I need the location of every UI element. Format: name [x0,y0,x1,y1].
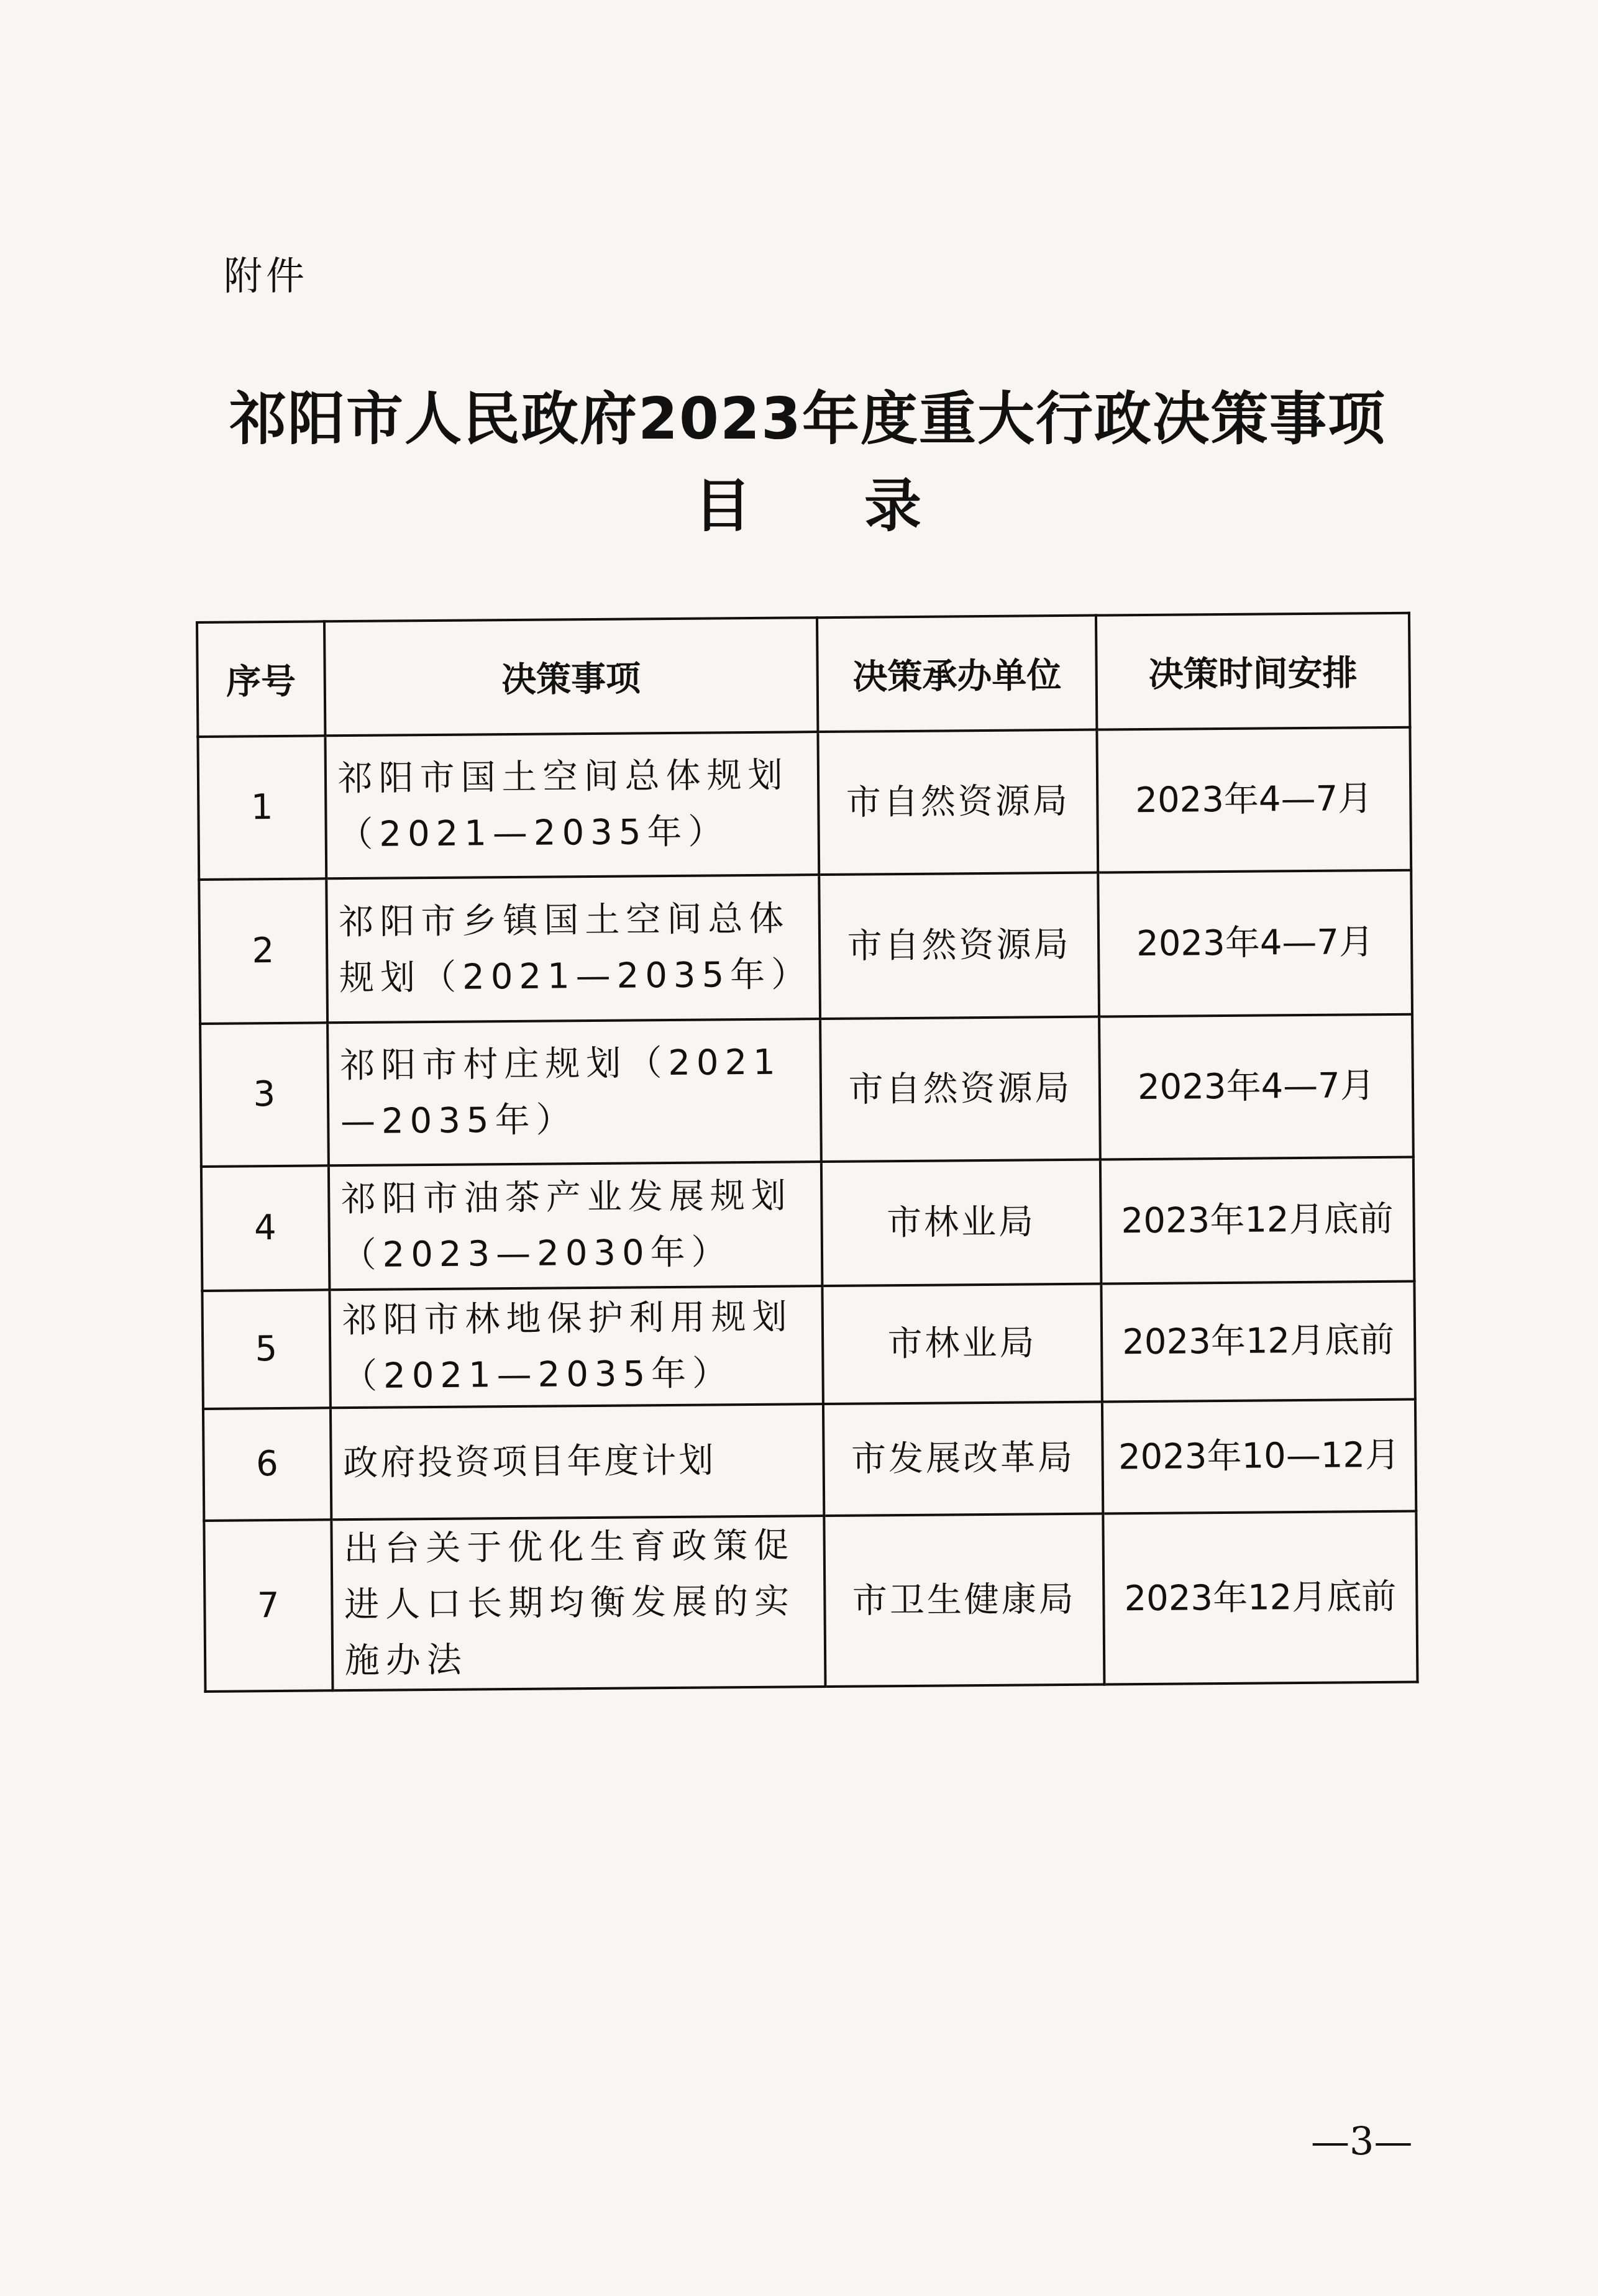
header-number: 序号 [197,621,325,737]
row-number: 5 [202,1290,330,1409]
header-unit: 决策承办单位 [817,616,1097,732]
row-item: 祁阳市乡镇国土空间总体规划（2021—2035年） [326,875,820,1023]
table-header-row: 序号 决策事项 决策承办单位 决策时间安排 [197,613,1410,737]
row-number: 2 [199,878,327,1024]
row-unit: 市发展改革局 [823,1402,1103,1516]
row-time: 2023年12月底前 [1100,1157,1415,1284]
row-item: 祁阳市国土空间总体规划（2021—2035年） [325,732,819,878]
attachment-label: 附件 [224,245,308,301]
row-time: 2023年10—12月 [1102,1400,1416,1514]
table-row: 5 祁阳市林地保护利用规划（2021—2035年） 市林业局 2023年12月底… [202,1282,1415,1409]
table-row: 7 出台关于优化生育政策促进人口长期均衡发展的实施办法 市卫生健康局 2023年… [204,1511,1417,1692]
row-unit: 市自然资源局 [818,730,1098,875]
document-subtitle: 目 录 [186,472,1429,540]
row-unit: 市林业局 [821,1160,1101,1287]
row-number: 1 [198,736,326,880]
row-unit: 市自然资源局 [820,1017,1100,1162]
table-row: 4 祁阳市油茶产业发展规划（2023—2030年） 市林业局 2023年12月底… [201,1157,1415,1291]
table-row: 1 祁阳市国土空间总体规划（2021—2035年） 市自然资源局 2023年4—… [198,727,1411,880]
row-time: 2023年12月底前 [1101,1282,1415,1402]
row-unit: 市卫生健康局 [824,1514,1104,1687]
row-time: 2023年12月底前 [1103,1511,1417,1685]
row-unit: 市林业局 [823,1284,1102,1405]
table-row: 2 祁阳市乡镇国土空间总体规划（2021—2035年） 市自然资源局 2023年… [199,870,1412,1024]
document-title: 祁阳市人民政府2023年度重大行政决策事项 [186,385,1429,453]
document-page: 附件 祁阳市人民政府2023年度重大行政决策事项 目 录 序号 决策事项 决策承… [0,0,1598,2296]
table-row: 6 政府投资项目年度计划 市发展改革局 2023年10—12月 [203,1400,1416,1521]
row-item: 祁阳市林地保护利用规划（2021—2035年） [329,1286,823,1408]
row-number: 4 [201,1165,329,1291]
table-row: 3 祁阳市村庄规划（2021—2035年） 市自然资源局 2023年4—7月 [200,1014,1413,1167]
row-time: 2023年4—7月 [1099,1014,1413,1160]
header-item: 决策事项 [324,617,818,736]
row-time: 2023年4—7月 [1097,727,1411,873]
header-time: 决策时间安排 [1096,613,1410,730]
row-item: 出台关于优化生育政策促进人口长期均衡发展的实施办法 [331,1516,826,1690]
row-time: 2023年4—7月 [1098,870,1412,1017]
decision-items-table: 序号 决策事项 决策承办单位 决策时间安排 1 祁阳市国土空间总体规划（2021… [196,612,1418,1693]
row-number: 3 [200,1023,328,1167]
row-number: 7 [204,1519,332,1692]
row-number: 6 [203,1408,331,1521]
page-number: —3— [1311,2118,1412,2164]
row-item: 祁阳市村庄规划（2021—2035年） [327,1019,821,1165]
row-item: 祁阳市油茶产业发展规划（2023—2030年） [329,1162,823,1290]
row-unit: 市自然资源局 [819,873,1099,1019]
row-item: 政府投资项目年度计划 [331,1404,824,1519]
